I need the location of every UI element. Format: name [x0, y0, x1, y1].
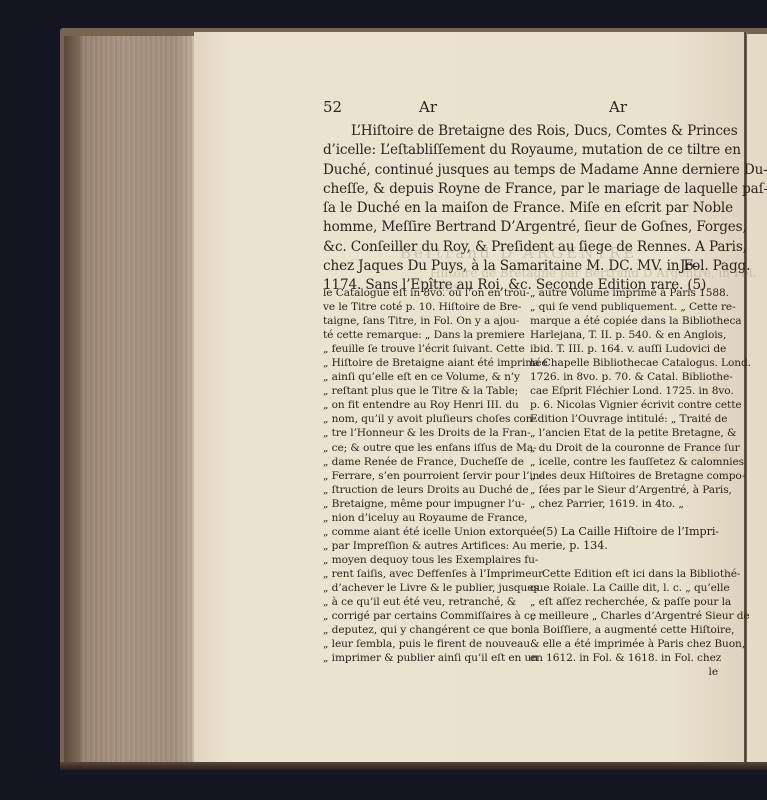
entry-line: ſa le Duché en la maiſon de France. Miſe…: [323, 199, 733, 218]
page-number: 52: [323, 98, 342, 116]
catchword: le: [530, 665, 718, 679]
column-line: „ leur ſembla, puis le firent de nouveau: [323, 637, 511, 651]
entry-line: L’Hiſtoire de Bretaigne des Rois, Ducs, …: [323, 122, 733, 141]
column-line: „ ce; & outre que les enfans iſſus de Ma…: [323, 441, 511, 455]
column-line: „ à ce qu’il eut été veu, retranché, &: [323, 595, 511, 609]
column-line: cae Eſprit Fléchier Lond. 1725. in 8vo.: [530, 384, 718, 398]
column-line: „ eſt aſſez recherchée, & paſſe pour la: [530, 595, 718, 609]
column-line: le Catalogue eſt in 8vo. où l’on en trou…: [323, 286, 511, 300]
column-line: que Roiale. La Caille dit, l. c. „ qu’el…: [530, 581, 718, 595]
column-line: Edition l’Ouvrage intitulé: „ Traité de: [530, 412, 718, 426]
right-column: „ autre Volume imprimé à Paris 1588. „ q…: [530, 286, 718, 679]
footnote-line: merie, p. 134.: [530, 539, 718, 553]
column-line: p. 6. Nicolas Vignier écrivit contre cet…: [530, 398, 718, 412]
column-line: „ l’ancien Etat de la petite Bretagne, &: [530, 426, 718, 440]
column-line: „ du Droit de la couronne de France ſur: [530, 441, 718, 455]
spacer: [530, 553, 718, 567]
column-line: taigne, ſans Titre, in Fol. On y a ajou-: [323, 314, 511, 328]
column-line: „ ſées par le Sieur d’Argentré, à Paris,: [530, 483, 718, 497]
column-line: „ nion d’iceluy au Royaume de France,: [323, 511, 511, 525]
entry-line: cheſſe, & depuis Royne de France, par le…: [323, 180, 733, 199]
column-line: „ rent ſaiſis, avec Deffenſes à l’Imprim…: [323, 567, 511, 581]
column-line: „ dame Renée de France, Ducheſſe de: [323, 455, 511, 469]
column-line: „ on fit entendre au Roy Henri III. du: [323, 398, 511, 412]
column-line: „ Ferrare, s’en pourroient ſervir pour l…: [323, 469, 511, 483]
column-line: „ ainſi qu’elle eſt en ce Volume, & n’y: [323, 370, 511, 384]
column-line: „ comme aiant été icelle Union extorquée: [323, 525, 511, 539]
column-line: ve le Titre coté p. 10. Hiſtoire de Bre-: [323, 300, 511, 314]
footnote-line: (5) La Caille Hiſtoire de l’Impri-: [530, 525, 718, 539]
running-head-right: Ar: [609, 98, 627, 116]
column-line: „ nom, qu’il y avoit pluſieurs choſes co…: [323, 412, 511, 426]
column-line: „ d’achever le Livre & le publier, jusqu…: [323, 581, 511, 595]
column-line: la Chapelle Bibliothecae Catalogus. Lond…: [530, 356, 718, 370]
entry-line: d’icelle: L’eſtabliſſement du Royaume, m…: [323, 141, 733, 160]
column-line: té cette remarque: „ Dans la premiere: [323, 328, 511, 342]
running-head: 52 Ar Ar: [323, 98, 723, 116]
column-line: en 1612. in Fol. & 1618. in Fol. chez: [530, 651, 718, 665]
column-line: marque a été copiée dans la Bibliotheca: [530, 314, 718, 328]
column-line: „ ſtruction de leurs Droits au Duché de: [323, 483, 511, 497]
column-line: „ meilleure „ Charles d’Argentré Sieur d…: [530, 609, 718, 623]
binding-edge: [64, 36, 80, 762]
column-line: „ deputez, qui y changérent ce que bon: [323, 623, 511, 637]
column-line: „ chez Parrier, 1619. in 4to. „: [530, 497, 718, 511]
column-line: Harlejana, T. II. p. 540. & en Anglois,: [530, 328, 718, 342]
column-line: „ feuille ſe trouve l’écrit ſuivant. Cet…: [323, 342, 511, 356]
column-line: „ corrigé par certains Commiſſaires à ce: [323, 609, 511, 623]
running-head-left: Ar: [419, 98, 437, 116]
book-bottom-edge: [60, 762, 767, 770]
column-line: & elle a été imprimée à Paris chez Buon,: [530, 637, 718, 651]
column-line: „ Bretaigne, même pour impugner l’u-: [323, 497, 511, 511]
entry-line: Duché, continué jusques au temps de Mada…: [323, 161, 733, 180]
column-line: 1726. in 8vo. p. 70. & Catal. Bibliothe-: [530, 370, 718, 384]
spacer: [530, 511, 718, 525]
catchword: Jo-: [680, 258, 698, 274]
page-block-fore-edge: [64, 36, 194, 762]
column-line: Cette Edition eſt ici dans la Bibliothé-: [530, 567, 718, 581]
column-line: „ icelle, contre les fauſſetez & calomni…: [530, 455, 718, 469]
show-through-text: Bertrand D’ARGENTRE: [400, 244, 637, 262]
column-line: ibid. T. III. p. 164. v. auſſi Ludovici …: [530, 342, 718, 356]
column-line: la Boiſſiere, a augmenté cette Hiſtoire,: [530, 623, 718, 637]
column-line: „ autre Volume imprimé à Paris 1588.: [530, 286, 718, 300]
column-line: „ tre l’Honneur & les Droits de la Fran-: [323, 426, 511, 440]
column-line: „ imprimer & publier ainſi qu’il eſt en …: [323, 651, 511, 665]
entry-line: homme, Meſſire Bertrand D’Argentré, ſieu…: [323, 218, 733, 237]
facing-page-sliver: [747, 34, 767, 764]
left-column: le Catalogue eſt in 8vo. où l’on en trou…: [323, 286, 511, 665]
column-line: „ des deux Hiſtoires de Bretagne compo-: [530, 469, 718, 483]
column-line: „ moyen dequoy tous les Exemplaires fu-: [323, 553, 511, 567]
column-line: „ reſtant plus que le Titre & la Table;: [323, 384, 511, 398]
column-line: „ qui ſe vend publiquement. „ Cette re-: [530, 300, 718, 314]
column-line: „ par Impreſſion & autres Artifices: Au: [323, 539, 511, 553]
column-line: „ Hiſtoire de Bretaigne aiant été imprim…: [323, 356, 511, 370]
